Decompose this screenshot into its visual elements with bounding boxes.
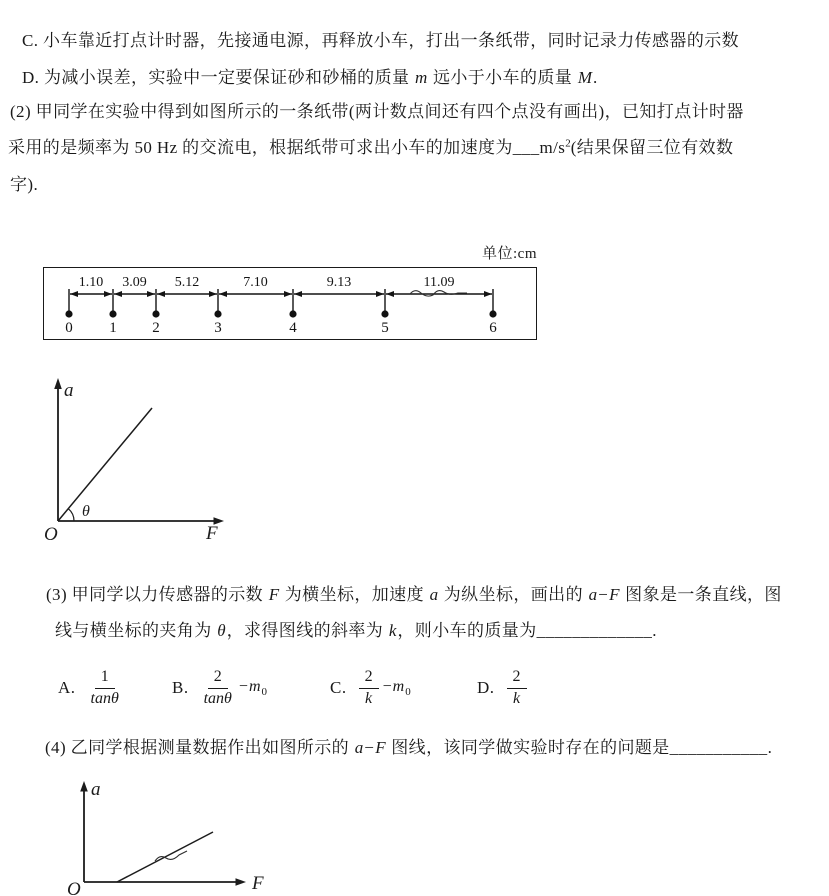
fraction-numerator: 1 xyxy=(95,668,115,688)
text-segment: 字). xyxy=(10,175,38,194)
text-segment: ，则小车的质量为_____________. xyxy=(397,621,657,640)
y-axis-arrow-icon xyxy=(54,378,62,389)
fraction-numerator: 2 xyxy=(208,668,228,688)
text-segment: (4) 乙同学根据测量数据作出如图所示的 xyxy=(45,738,354,757)
y-axis-arrow-icon xyxy=(80,781,88,792)
af-graph-2: a F O xyxy=(55,778,270,896)
text-segment: − xyxy=(364,738,374,757)
x-axis-arrow-icon xyxy=(236,878,247,886)
tape-interval-label: 7.10 xyxy=(243,275,268,290)
dimension-arrow-icon xyxy=(294,291,302,297)
fraction-numerator: 2 xyxy=(507,668,527,688)
tape-dot xyxy=(152,310,159,317)
option-label: D. xyxy=(477,678,495,698)
tape-point-label: 2 xyxy=(152,320,160,336)
variable-text: F xyxy=(374,738,386,757)
text-segment: (2) 甲同学在实验中得到如图所示的一条纸带(两计数点间还有四个点没有画出)，已… xyxy=(10,102,744,121)
dimension-arrow-icon xyxy=(114,291,122,297)
dimension-arrow-icon xyxy=(157,291,165,297)
fraction-numerator: 2 xyxy=(359,668,379,688)
y-axis-label: a xyxy=(91,779,101,800)
text-segment: C. 小车靠近打点计时器，先接通电源，再释放小车，打出一条纸带，同时记录力传感器… xyxy=(22,31,739,50)
question-3-line-1: (3) 甲同学以力传感器的示数 F 为横坐标，加速度 a 为纵坐标，画出的 a−… xyxy=(46,584,782,605)
fraction-denominator: k xyxy=(362,689,375,708)
text-segment: − xyxy=(598,585,608,604)
option-a: A. 1 tanθ xyxy=(58,663,122,713)
variable-text: M xyxy=(577,68,593,87)
text-segment: 为纵坐标，画出的 xyxy=(439,585,588,604)
variable-text: m xyxy=(414,68,428,87)
text-segment: 采用的是频率为 50 Hz 的交流电，根据纸带可求出小车的加速度为___m/s xyxy=(8,138,565,157)
dimension-arrow-icon xyxy=(386,291,394,297)
tape-dot xyxy=(65,310,72,317)
tape-dot xyxy=(109,310,116,317)
variable-text: k xyxy=(388,621,398,640)
variable-text: F xyxy=(608,585,620,604)
tape-interval-label: 1.10 xyxy=(79,275,104,290)
tape-unit-label: 单位:cm xyxy=(437,242,537,263)
tape-point-label: 4 xyxy=(289,320,297,336)
dimension-arrow-icon xyxy=(484,291,492,297)
fraction-denominator: k xyxy=(510,689,523,708)
option-label: B. xyxy=(172,678,189,698)
tape-point-label: 5 xyxy=(381,320,389,336)
text-segment: ，求得图线的斜率为 xyxy=(227,621,388,640)
exam-page: { "colors": { "ink": "#1a1a1a", "paper":… xyxy=(0,0,829,896)
variable-text: a xyxy=(429,585,440,604)
text-segment: . xyxy=(593,68,598,87)
option-suffix: −m0 xyxy=(383,678,411,698)
fraction: 1 tanθ xyxy=(88,668,122,708)
y-axis-label: a xyxy=(64,380,74,401)
x-axis-label: F xyxy=(251,873,264,894)
option-label: A. xyxy=(58,678,76,698)
option-c: C. 2 k −m0 xyxy=(330,663,411,713)
tape-dot xyxy=(381,310,388,317)
fraction-denominator: tanθ xyxy=(201,689,235,708)
tape-dot xyxy=(214,310,221,317)
question-2-line-2: 采用的是频率为 50 Hz 的交流电，根据纸带可求出小车的加速度为___m/s2… xyxy=(8,137,733,158)
text-segment: D. 为减小误差，实验中一定要保证砂和砂桶的质量 xyxy=(22,68,414,87)
dimension-arrow-icon xyxy=(147,291,155,297)
dimension-arrow-icon xyxy=(376,291,384,297)
text-segment: (3) 甲同学以力传感器的示数 xyxy=(46,585,268,604)
dimension-arrow-icon xyxy=(219,291,227,297)
fraction: 2 k xyxy=(507,668,527,708)
tape-point-label: 0 xyxy=(65,320,73,336)
variable-text: a xyxy=(354,738,365,757)
choice-d-text: D. 为减小误差，实验中一定要保证砂和砂桶的质量 m 远小于小车的质量 M. xyxy=(22,67,598,88)
text-segment: 图象是一条直线，图 xyxy=(621,585,782,604)
tape-dot xyxy=(289,310,296,317)
question-2-line-1: (2) 甲同学在实验中得到如图所示的一条纸带(两计数点间还有四个点没有画出)，已… xyxy=(10,101,744,122)
tape-interval-label: 5.12 xyxy=(175,275,200,290)
option-suffix: −m0 xyxy=(239,678,267,698)
dimension-arrow-icon xyxy=(209,291,217,297)
dimension-arrow-icon xyxy=(104,291,112,297)
dimension-arrow-icon xyxy=(284,291,292,297)
text-segment: 线与横坐标的夹角为 xyxy=(55,621,216,640)
angle-arc xyxy=(68,509,74,521)
variable-text: F xyxy=(268,585,280,604)
choice-c-text: C. 小车靠近打点计时器，先接通电源，再释放小车，打出一条纸带，同时记录力传感器… xyxy=(22,30,739,51)
tape-interval-label: 9.13 xyxy=(327,275,352,290)
option-label: C. xyxy=(330,678,347,698)
text-segment: (结果保留三位有效数 xyxy=(571,138,734,157)
af-graph-1: a F O θ xyxy=(40,375,240,550)
question-4-line: (4) 乙同学根据测量数据作出如图所示的 a−F 图线，该同学做实验时存在的问题… xyxy=(45,737,772,758)
variable-text: θ xyxy=(216,621,226,640)
origin-label: O xyxy=(67,879,81,896)
tape-svg: 1.103.095.127.109.1311.090123456 xyxy=(44,268,535,338)
dimension-arrow-icon xyxy=(70,291,78,297)
tape-interval-label: 3.09 xyxy=(122,275,147,290)
fraction: 2 k xyxy=(359,668,379,708)
tape-point-label: 6 xyxy=(489,320,497,336)
variable-text: a xyxy=(588,585,599,604)
question-3-line-2: 线与横坐标的夹角为 θ，求得图线的斜率为 k，则小车的质量为__________… xyxy=(55,620,657,641)
fraction: 2 tanθ xyxy=(201,668,235,708)
question-2-line-3: 字). xyxy=(10,174,38,195)
origin-label: O xyxy=(44,524,58,545)
tape-point-label: 1 xyxy=(109,320,117,336)
tape-interval-label: 11.09 xyxy=(424,275,455,290)
x-axis-label: F xyxy=(205,523,218,544)
tape-diagram: 1.103.095.127.109.1311.090123456 xyxy=(43,267,537,340)
option-d: D. 2 k xyxy=(477,663,527,713)
angle-label: θ xyxy=(82,503,90,520)
text-segment: 为横坐标，加速度 xyxy=(280,585,429,604)
tape-dot xyxy=(489,310,496,317)
text-segment: 远小于小车的质量 xyxy=(428,68,577,87)
text-segment: 图线，该同学做实验时存在的问题是___________. xyxy=(387,738,773,757)
option-b: B. 2 tanθ −m0 xyxy=(172,663,267,713)
fraction-denominator: tanθ xyxy=(88,689,122,708)
tape-point-label: 3 xyxy=(214,320,222,336)
graph-line xyxy=(58,408,152,521)
